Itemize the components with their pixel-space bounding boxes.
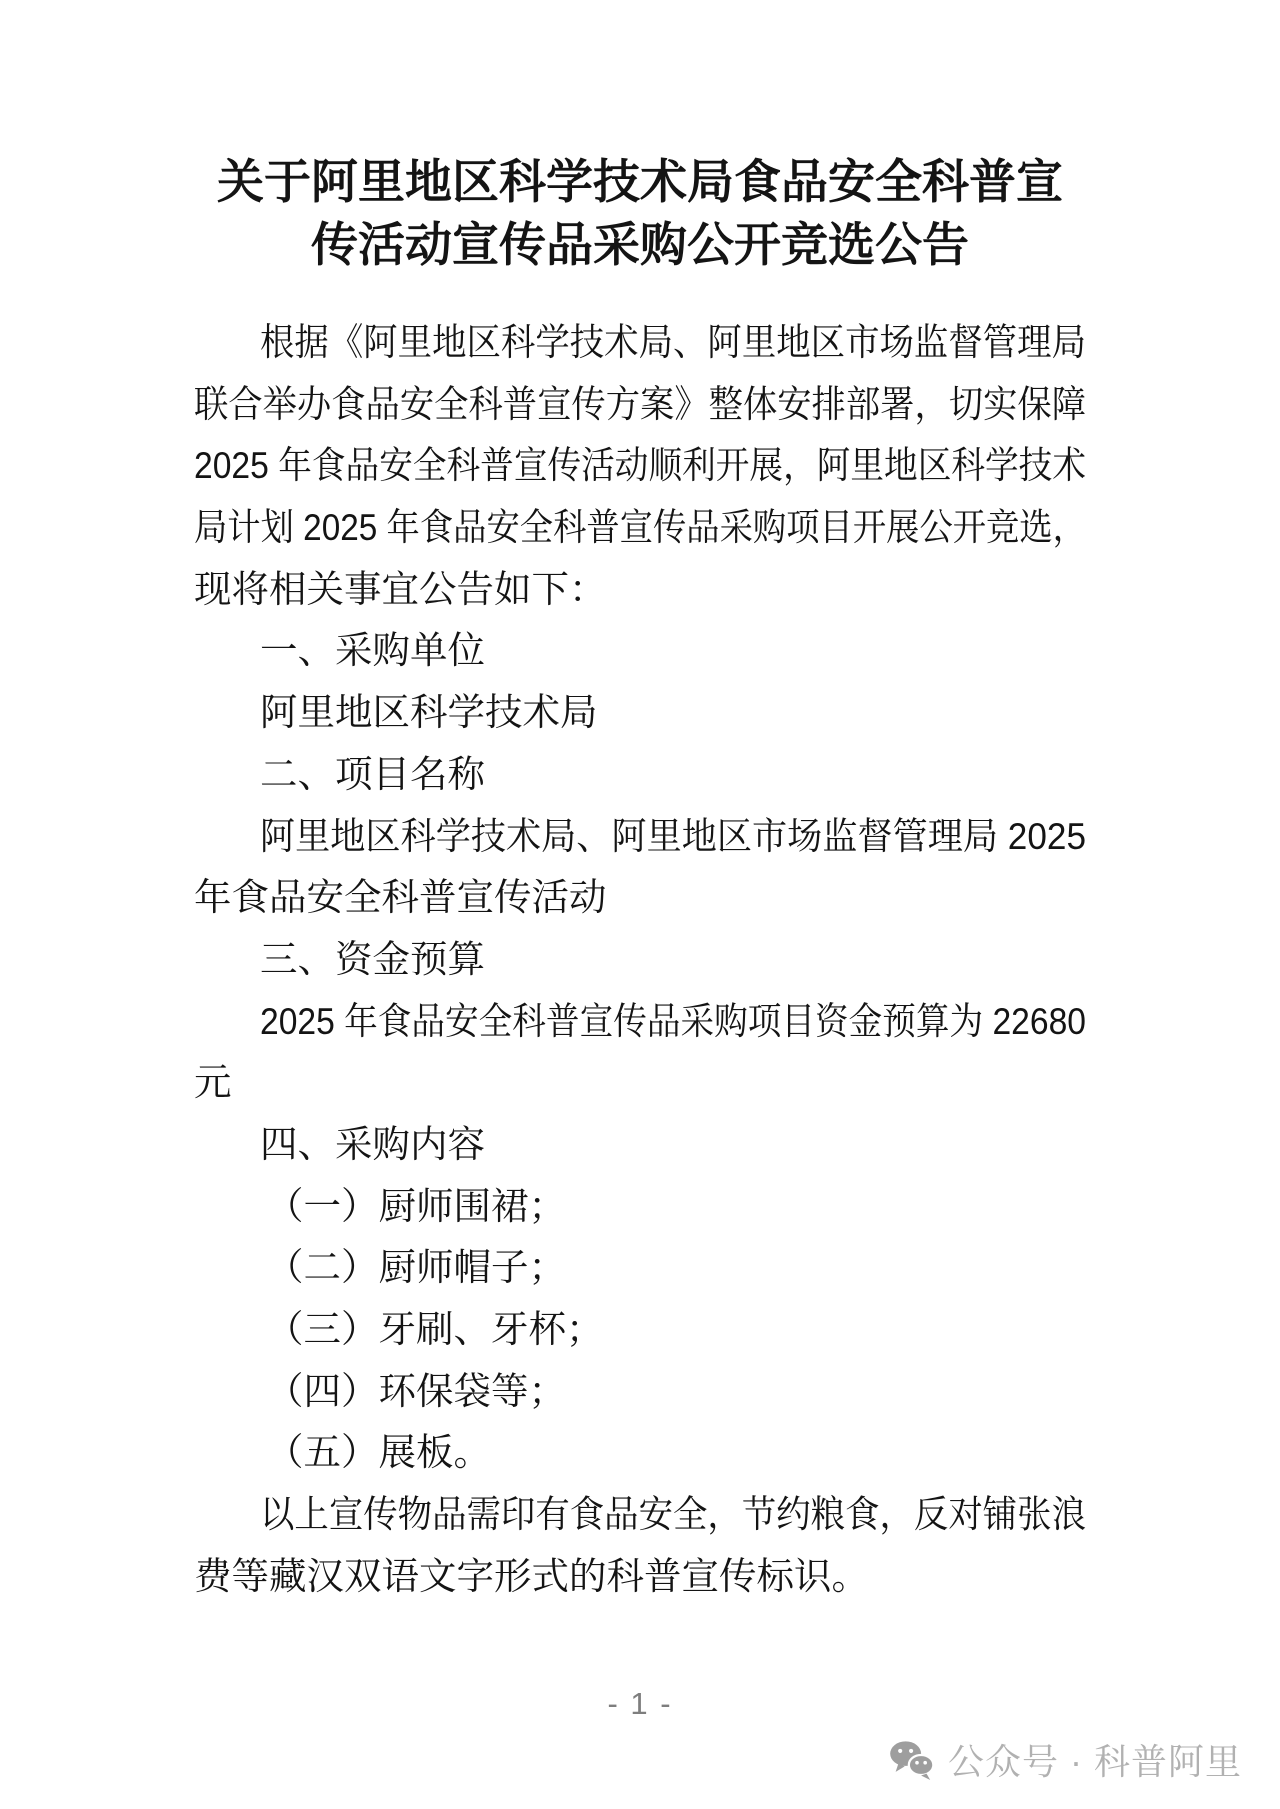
body-line: 费等藏汉双语文字形式的科普宣传标识。	[194, 1546, 1086, 1608]
body-line: （三）牙刷、牙杯；	[194, 1299, 1086, 1361]
body-line-text: 四、采购内容	[260, 1114, 485, 1176]
body-line-text: （五）展板。	[266, 1422, 491, 1484]
body-line-text: 三、资金预算	[260, 929, 485, 991]
body-line: （一）厨师围裙；	[194, 1176, 1086, 1238]
body-line: 一、采购单位	[194, 620, 1086, 682]
body-line: （五）展板。	[194, 1422, 1086, 1484]
body-line-text: 以上宣传物品需印有食品安全，节约粮食，反对铺张浪	[260, 1484, 1086, 1546]
watermark: 公众号 · 科普阿里	[888, 1734, 1242, 1785]
watermark-label: 公众号 · 科普阿里	[948, 1734, 1242, 1785]
body-line-text: 2025 年食品安全科普宣传活动顺利开展，阿里地区科学技术	[194, 435, 1086, 497]
body-line: 联合举办食品安全科普宣传方案》整体安排部署，切实保障	[194, 374, 1086, 436]
body-line: 根据《阿里地区科学技术局、阿里地区市场监督管理局	[194, 312, 1086, 374]
page-number: - 1 -	[194, 1686, 1086, 1722]
body-line: （二）厨师帽子；	[194, 1237, 1086, 1299]
body-line-text: （二）厨师帽子；	[266, 1237, 566, 1299]
wechat-icon	[888, 1740, 936, 1780]
body-line: 以上宣传物品需印有食品安全，节约粮食，反对铺张浪	[194, 1484, 1086, 1546]
body-line-text: 阿里地区科学技术局、阿里地区市场监督管理局 2025	[260, 806, 1086, 868]
body-line: 三、资金预算	[194, 929, 1086, 991]
document-title: 关于阿里地区科学技术局食品安全科普宣 传活动宣传品采购公开竞选公告	[194, 150, 1086, 276]
body-line-text: 局计划 2025 年食品安全科普宣传品采购项目开展公开竞选，	[194, 497, 1086, 559]
body-line: 阿里地区科学技术局、阿里地区市场监督管理局 2025	[194, 806, 1086, 868]
body-line-text: 费等藏汉双语文字形式的科普宣传标识。	[194, 1546, 869, 1608]
body-line-text: 元	[194, 1052, 232, 1114]
document-body: 根据《阿里地区科学技术局、阿里地区市场监督管理局联合举办食品安全科普宣传方案》整…	[194, 312, 1086, 1607]
title-line-1: 关于阿里地区科学技术局食品安全科普宣	[194, 150, 1086, 213]
body-line: 二、项目名称	[194, 744, 1086, 806]
body-line-text: 根据《阿里地区科学技术局、阿里地区市场监督管理局	[260, 312, 1086, 374]
body-line: 四、采购内容	[194, 1114, 1086, 1176]
document-page: 关于阿里地区科学技术局食品安全科普宣 传活动宣传品采购公开竞选公告 根据《阿里地…	[0, 0, 1280, 1809]
body-line-text: （一）厨师围裙；	[266, 1176, 566, 1238]
body-line-text: （三）牙刷、牙杯；	[266, 1299, 604, 1361]
body-line: 局计划 2025 年食品安全科普宣传品采购项目开展公开竞选，	[194, 497, 1086, 559]
body-line-text: 二、项目名称	[260, 744, 485, 806]
body-line: 2025 年食品安全科普宣传活动顺利开展，阿里地区科学技术	[194, 435, 1086, 497]
body-line-text: 现将相关事宜公告如下：	[194, 559, 607, 621]
body-line-text: 联合举办食品安全科普宣传方案》整体安排部署，切实保障	[194, 374, 1086, 436]
body-line-text: 阿里地区科学技术局	[260, 682, 598, 744]
body-line-text: （四）环保袋等；	[266, 1361, 566, 1423]
body-line: 元	[194, 1052, 1086, 1114]
body-line-text: 2025 年食品安全科普宣传品采购项目资金预算为 22680	[260, 991, 1086, 1053]
body-line: 现将相关事宜公告如下：	[194, 559, 1086, 621]
title-line-2: 传活动宣传品采购公开竞选公告	[194, 213, 1086, 276]
body-line: 2025 年食品安全科普宣传品采购项目资金预算为 22680	[194, 991, 1086, 1053]
body-line: 阿里地区科学技术局	[194, 682, 1086, 744]
body-line: （四）环保袋等；	[194, 1361, 1086, 1423]
body-line-text: 一、采购单位	[260, 620, 485, 682]
body-line-text: 年食品安全科普宣传活动	[194, 867, 607, 929]
body-line: 年食品安全科普宣传活动	[194, 867, 1086, 929]
